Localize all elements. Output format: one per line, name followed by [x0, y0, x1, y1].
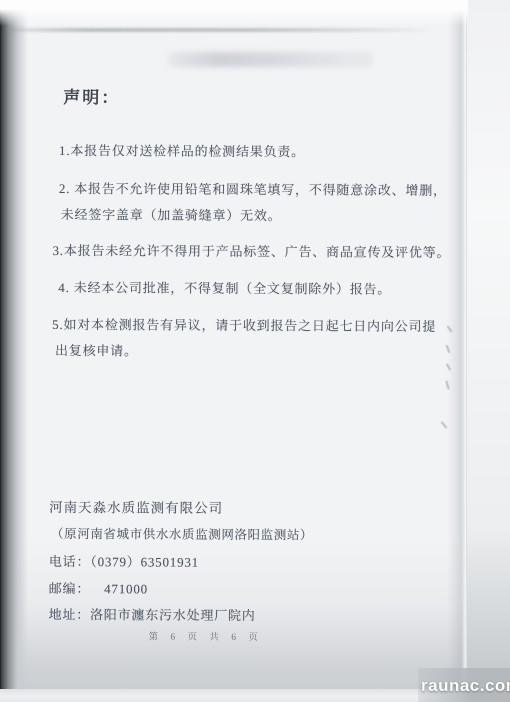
company-name: 河南天淼水质监测有限公司 [49, 496, 223, 517]
company-address-line: 地址：洛阳市瀍东污水处理厂院内 [49, 604, 256, 624]
phone-value: （0379）63501931 [90, 554, 199, 570]
postcode-value: 471000 [104, 581, 148, 596]
phone-label: 电话： [49, 554, 90, 569]
address-value: 洛阳市瀍东污水处理厂院内 [90, 607, 256, 623]
document-page: 声明： 1.本报告仅对送检样品的检测结果负责。 2. 本报告不允许使用铅笔和圆珠… [0, 0, 510, 702]
statement-item-4: 4. 未经本公司批准，不得复制（全文复制除外）报告。 [58, 277, 391, 298]
statement-item-5-line-1: 5.如对本检测报告有异议，请于收到报告之日起七日内向公司提 [52, 314, 436, 335]
statement-item-3: 3.本报告未经允许不得用于产品标签、广告、商品宣传及评优等。 [52, 240, 450, 261]
statement-title: 声明： [63, 83, 120, 108]
scanned-document-photo: 声明： 1.本报告仅对送检样品的检测结果负责。 2. 本报告不允许使用铅笔和圆珠… [0, 0, 510, 702]
company-postcode-line: 邮编：471000 [49, 578, 148, 598]
postcode-label: 邮编： [49, 581, 90, 596]
address-label: 地址： [49, 607, 90, 622]
statement-item-5-line-2: 出复核申请。 [55, 340, 138, 359]
company-phone-line: 电话：（0379）63501931 [49, 551, 199, 571]
site-watermark: raunac.com [421, 676, 510, 696]
statement-item-1: 1.本报告仅对送检样品的检测结果负责。 [59, 140, 305, 160]
company-former-name: （原河南省城市供水水质监测网洛阳监测站） [51, 524, 313, 543]
statement-item-2-line-2: 未经签字盖章（加盖骑缝章）无效。 [61, 204, 282, 224]
page-number-footer: 第 6 页 共 6 页 [148, 628, 262, 643]
statement-item-2-line-1: 2. 本报告不允许使用铅笔和圆珠笔填写，不得随意涂改、增删， [59, 178, 447, 199]
